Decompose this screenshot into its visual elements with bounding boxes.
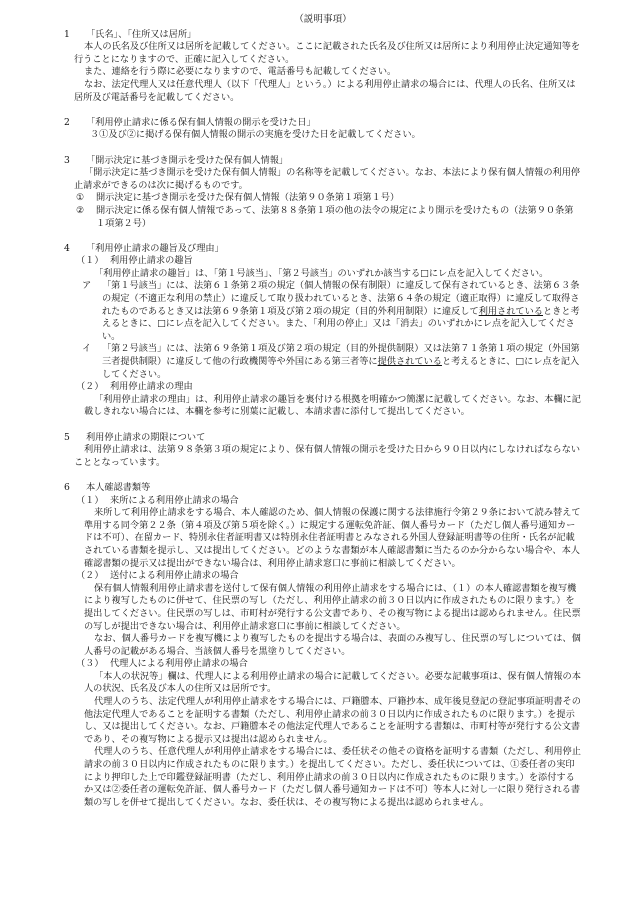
paragraph: 代理人のうち、任意代理人が利用停止請求をする場合には、委任状その他その資格を証明… xyxy=(64,746,582,809)
paragraph: 来所して利用停止請求をする場合、本人確認のため、個人情報の保護に関する法律施行令… xyxy=(64,507,582,570)
section-3: 3 「開示決定に基づき開示を受けた保有個人情報」 「開示決定に基づき開示を受けた… xyxy=(64,155,582,231)
subsection-number: （１） xyxy=(76,255,110,268)
kana-item-i: イ 「第２号該当」には、法第６９条第１項及び第２項の規定（目的外提供制限）又は法… xyxy=(64,343,582,381)
subsection-title: 来所による利用停止請求の場合 xyxy=(110,495,239,508)
paragraph: なお、個人番号カードを複写機により複写したものを提出する場合は、表面のみ複写し、… xyxy=(64,633,582,658)
list-item: ① 開示決定に基づき開示を受けた保有個人情報（法第９０条第１項第１号） xyxy=(64,192,582,205)
item-marker: ② xyxy=(76,205,96,230)
section-title: 本人確認書類等 xyxy=(86,482,150,495)
item-text: 「第２号該当」には、法第６９条第１項及び第２項の規定（目的外提供制限）又は法第７… xyxy=(102,343,582,381)
section-heading: 5 利用停止請求の期限について xyxy=(64,432,582,445)
underlined-text: 利用されている xyxy=(479,306,543,317)
subsection-title: 利用停止請求の趣旨 xyxy=(110,255,193,268)
paragraph: 「利用停止請求の趣旨」は、「第１号該当」、「第２号該当」のいずれか該当する□にレ… xyxy=(64,268,582,281)
subsection-heading: （３） 代理人による利用停止請求の場合 xyxy=(64,658,582,671)
paragraph: 代理人のうち、法定代理人が利用停止請求をする場合には、戸籍謄本、戸籍抄本、成年後… xyxy=(64,696,582,746)
item-text: 開示決定に係る保有個人情報であって、法第８８条第１項の他の法令の規定により開示を… xyxy=(96,205,582,230)
paragraph: 「開示決定に基づき開示を受けた保有個人情報」の名称等を記載してください。なお、本… xyxy=(64,167,582,192)
section-number: 5 xyxy=(64,432,86,445)
section-heading: 4 「利用停止請求の趣旨及び理由」 xyxy=(64,243,582,256)
section-title: 「利用停止請求の趣旨及び理由」 xyxy=(86,243,224,256)
list-item: ② 開示決定に係る保有個人情報であって、法第８８条第１項の他の法令の規定により開… xyxy=(64,205,582,230)
item-text: 「第１号該当」には、法第６１条第２項の規定（個人情報の保有制限）に違反して保有さ… xyxy=(102,280,582,343)
subsection-heading: （１） 利用停止請求の趣旨 xyxy=(64,255,582,268)
section-title: 利用停止請求の期限について xyxy=(86,432,205,445)
section-2: 2 「利用停止請求に係る保有個人情報の開示を受けた日」 ３①及び②に掲げる保有個… xyxy=(64,117,582,142)
subsection-number: （２） xyxy=(76,381,110,394)
section-number: 1 xyxy=(64,29,86,42)
section-number: 3 xyxy=(64,155,86,168)
item-text: 開示決定に基づき開示を受けた保有個人情報（法第９０条第１項第１号） xyxy=(96,192,582,205)
paragraph: 本人の氏名及び住所又は居所を記載してください。ここに記載された氏名及び住所又は居… xyxy=(64,41,582,66)
kana-item-a: ア 「第１号該当」には、法第６１条第２項の規定（個人情報の保有制限）に違反して保… xyxy=(64,280,582,343)
underlined-text: 提供されている xyxy=(378,356,442,367)
subsection-heading: （１） 来所による利用停止請求の場合 xyxy=(64,495,582,508)
paragraph: 「利用停止請求の理由」は、利用停止請求の趣旨を裏付ける根拠を明確かつ簡潔に記載し… xyxy=(64,394,582,419)
section-heading: 2 「利用停止請求に係る保有個人情報の開示を受けた日」 xyxy=(64,117,582,130)
subsection-number: （１） xyxy=(76,495,110,508)
section-number: 4 xyxy=(64,243,86,256)
paragraph: 「本人の状況等」欄は、代理人による利用停止請求の場合に記載してください。必要な記… xyxy=(64,671,582,696)
subsection-title: 送付による利用停止請求の場合 xyxy=(110,570,239,583)
section-title: 「利用停止請求に係る保有個人情報の開示を受けた日」 xyxy=(86,117,316,130)
item-marker: イ xyxy=(82,343,102,381)
item-marker: ① xyxy=(76,192,96,205)
subsection-heading: （２） 送付による利用停止請求の場合 xyxy=(64,570,582,583)
paragraph: なお、法定代理人又は任意代理人（以下「代理人」という。）による利用停止請求の場合… xyxy=(64,79,582,104)
subsection-title: 利用停止請求の理由 xyxy=(110,381,193,394)
subsection-number: （２） xyxy=(76,570,110,583)
paragraph: 保有個人情報利用停止請求書を送付して保有個人情報の利用停止請求をする場合には、（… xyxy=(64,583,582,633)
subsection-number: （３） xyxy=(76,658,110,671)
section-6: 6 本人確認書類等 （１） 来所による利用停止請求の場合 来所して利用停止請求を… xyxy=(64,482,582,809)
section-heading: 1 「氏名」、「住所又は居所」 xyxy=(64,29,582,42)
section-title: 「開示決定に基づき開示を受けた保有個人情報」 xyxy=(86,155,288,168)
section-number: 2 xyxy=(64,117,86,130)
paragraph: また、連絡を行う際に必要になりますので、電話番号も記載してください。 xyxy=(64,66,582,79)
section-1: 1 「氏名」、「住所又は居所」 本人の氏名及び住所又は居所を記載してください。こ… xyxy=(64,29,582,105)
document-title: （説明事項） xyxy=(64,14,582,27)
subsection-heading: （２） 利用停止請求の理由 xyxy=(64,381,582,394)
section-4: 4 「利用停止請求の趣旨及び理由」 （１） 利用停止請求の趣旨 「利用停止請求の… xyxy=(64,243,582,419)
subsection-title: 代理人による利用停止請求の場合 xyxy=(110,658,248,671)
section-title: 「氏名」、「住所又は居所」 xyxy=(86,29,196,42)
paragraph: 利用停止請求は、法第９８条第３項の規定により、保有個人情報の開示を受けた日から９… xyxy=(64,444,582,469)
section-5: 5 利用停止請求の期限について 利用停止請求は、法第９８条第３項の規定により、保… xyxy=(64,432,582,470)
paragraph: ３①及び②に掲げる保有個人情報の開示の実施を受けた日を記載してください。 xyxy=(64,129,582,142)
explanation-document: （説明事項） 1 「氏名」、「住所又は居所」 本人の氏名及び住所又は居所を記載し… xyxy=(0,0,630,809)
section-heading: 6 本人確認書類等 xyxy=(64,482,582,495)
section-heading: 3 「開示決定に基づき開示を受けた保有個人情報」 xyxy=(64,155,582,168)
item-marker: ア xyxy=(82,280,102,343)
section-number: 6 xyxy=(64,482,86,495)
